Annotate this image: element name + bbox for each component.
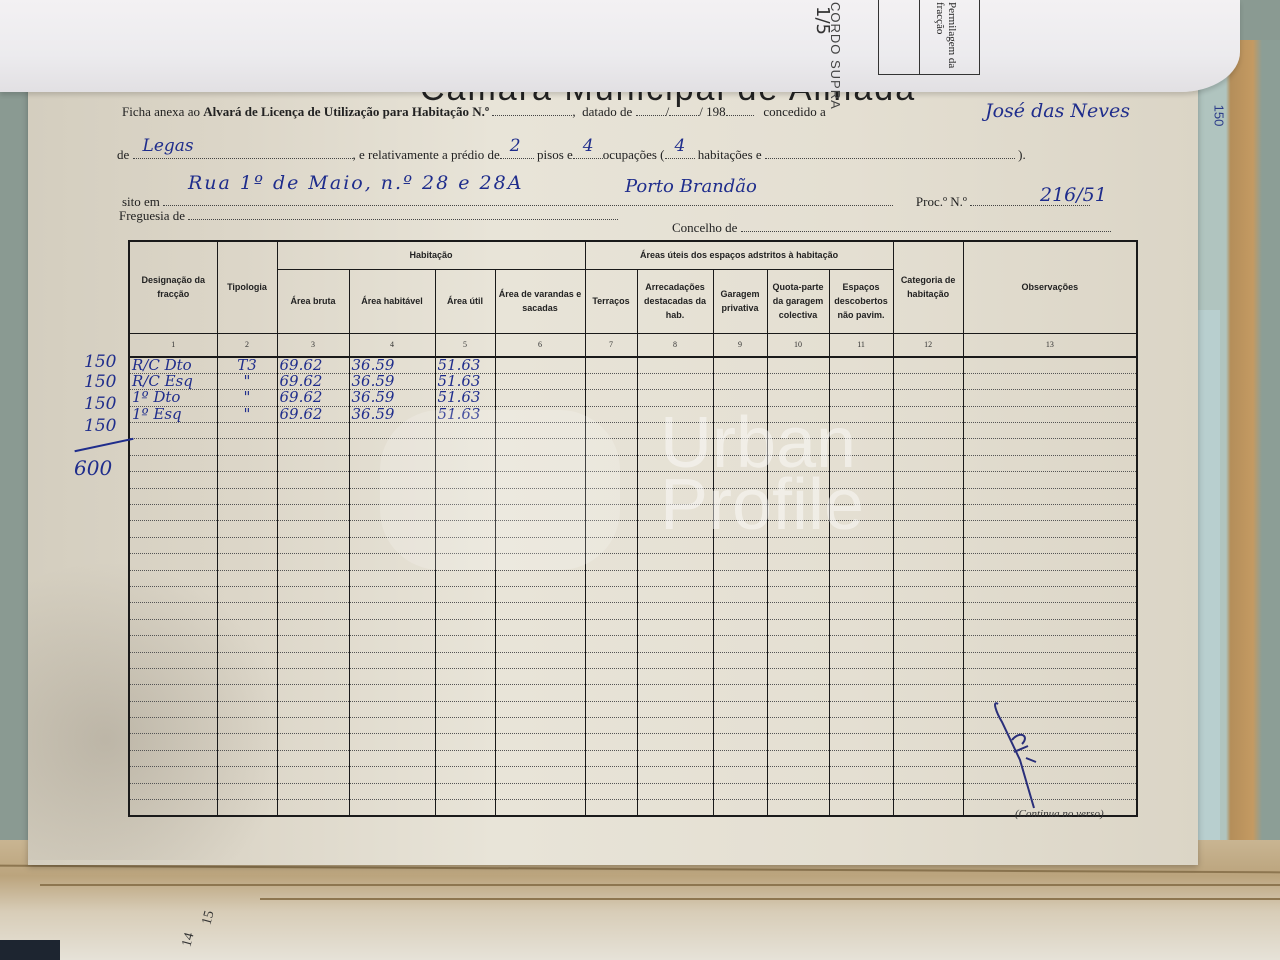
- cell-empty[interactable]: [495, 586, 585, 602]
- cell-empty[interactable]: [277, 734, 349, 750]
- cell-empty[interactable]: [829, 603, 893, 619]
- cell-empty[interactable]: [637, 767, 713, 783]
- cell-empty[interactable]: [893, 701, 963, 717]
- cell-empty[interactable]: [435, 472, 495, 488]
- cell-empty[interactable]: [767, 718, 829, 734]
- dwellings-field[interactable]: 4: [665, 148, 695, 159]
- cell-empty[interactable]: [767, 472, 829, 488]
- cell-empty[interactable]: [585, 570, 637, 586]
- cell-empty[interactable]: [637, 521, 713, 537]
- cell-empty[interactable]: [829, 652, 893, 668]
- cell-empty[interactable]: [713, 718, 767, 734]
- cell-empty[interactable]: [713, 390, 767, 406]
- cell-empty[interactable]: [349, 423, 435, 439]
- cell-empty[interactable]: [495, 718, 585, 734]
- cell-empty[interactable]: [129, 734, 217, 750]
- cell-empty[interactable]: [963, 537, 1137, 553]
- cell-empty[interactable]: [585, 390, 637, 406]
- cell-empty[interactable]: [767, 652, 829, 668]
- cell-empty[interactable]: [585, 734, 637, 750]
- cell-empty[interactable]: [495, 603, 585, 619]
- cell-empty[interactable]: [495, 373, 585, 389]
- cell-empty[interactable]: [129, 537, 217, 553]
- cell-empty[interactable]: [893, 718, 963, 734]
- cell-empty[interactable]: [637, 472, 713, 488]
- cell-empty[interactable]: [637, 734, 713, 750]
- granted-to-field[interactable]: José das Neves: [985, 100, 1130, 122]
- cell-area-util[interactable]: 51.63: [435, 373, 495, 389]
- cell-empty[interactable]: [585, 636, 637, 652]
- cell-area-habitavel[interactable]: 36.59: [349, 390, 435, 406]
- cell-empty[interactable]: [767, 554, 829, 570]
- cell-empty[interactable]: [713, 603, 767, 619]
- cell-empty[interactable]: [585, 406, 637, 422]
- cell-empty[interactable]: [963, 570, 1137, 586]
- cell-empty[interactable]: [435, 668, 495, 684]
- cell-empty[interactable]: [963, 472, 1137, 488]
- cell-empty[interactable]: [767, 537, 829, 553]
- cell-empty[interactable]: [963, 505, 1137, 521]
- cell-empty[interactable]: [893, 750, 963, 766]
- cell-empty[interactable]: [129, 505, 217, 521]
- cell-fraccao[interactable]: R/C Dto: [129, 357, 217, 374]
- cell-empty[interactable]: [349, 750, 435, 766]
- cell-empty[interactable]: [277, 652, 349, 668]
- cell-empty[interactable]: [829, 701, 893, 717]
- cell-empty[interactable]: [277, 668, 349, 684]
- cell-empty[interactable]: [713, 701, 767, 717]
- cell-empty[interactable]: [829, 783, 893, 799]
- cell-empty[interactable]: [767, 570, 829, 586]
- cell-empty[interactable]: [585, 750, 637, 766]
- cell-empty[interactable]: [963, 652, 1137, 668]
- cell-empty[interactable]: [129, 767, 217, 783]
- cell-empty[interactable]: [963, 423, 1137, 439]
- cell-empty[interactable]: [829, 423, 893, 439]
- cell-empty[interactable]: [129, 455, 217, 471]
- cell-empty[interactable]: [435, 423, 495, 439]
- cell-empty[interactable]: [349, 685, 435, 701]
- cell-area-util[interactable]: 51.63: [435, 390, 495, 406]
- cell-empty[interactable]: [637, 718, 713, 734]
- occupations-field[interactable]: 4: [573, 148, 603, 159]
- cell-empty[interactable]: [277, 586, 349, 602]
- cell-empty[interactable]: [893, 406, 963, 422]
- cell-empty[interactable]: [495, 783, 585, 799]
- cell-empty[interactable]: [129, 570, 217, 586]
- cell-empty[interactable]: [217, 652, 277, 668]
- cell-empty[interactable]: [893, 603, 963, 619]
- cell-empty[interactable]: [277, 718, 349, 734]
- cell-empty[interactable]: [349, 652, 435, 668]
- cell-empty[interactable]: [129, 472, 217, 488]
- cell-empty[interactable]: [435, 783, 495, 799]
- cell-empty[interactable]: [129, 668, 217, 684]
- cell-empty[interactable]: [495, 357, 585, 374]
- cell-empty[interactable]: [217, 619, 277, 635]
- address-field[interactable]: [163, 195, 893, 206]
- cell-tipologia[interactable]: T3: [217, 357, 277, 374]
- cell-empty[interactable]: [129, 783, 217, 799]
- cell-empty[interactable]: [217, 750, 277, 766]
- cell-empty[interactable]: [277, 423, 349, 439]
- cell-empty[interactable]: [217, 767, 277, 783]
- cell-empty[interactable]: [893, 783, 963, 799]
- cell-empty[interactable]: [495, 505, 585, 521]
- cell-empty[interactable]: [637, 603, 713, 619]
- de-field[interactable]: Legas: [133, 148, 353, 159]
- cell-empty[interactable]: [217, 488, 277, 504]
- cell-empty[interactable]: [713, 357, 767, 374]
- cell-empty[interactable]: [495, 439, 585, 455]
- cell-empty[interactable]: [713, 586, 767, 602]
- cell-empty[interactable]: [129, 701, 217, 717]
- cell-empty[interactable]: [767, 685, 829, 701]
- cell-empty[interactable]: [637, 783, 713, 799]
- cell-empty[interactable]: [217, 554, 277, 570]
- cell-empty[interactable]: [829, 472, 893, 488]
- cell-empty[interactable]: [637, 554, 713, 570]
- cell-empty[interactable]: [713, 455, 767, 471]
- cell-empty[interactable]: [277, 554, 349, 570]
- cell-empty[interactable]: [637, 488, 713, 504]
- cell-empty[interactable]: [349, 570, 435, 586]
- cell-empty[interactable]: [129, 718, 217, 734]
- cell-empty[interactable]: [495, 554, 585, 570]
- cell-empty[interactable]: [435, 570, 495, 586]
- cell-empty[interactable]: [713, 734, 767, 750]
- cell-empty[interactable]: [495, 767, 585, 783]
- cell-empty[interactable]: [435, 652, 495, 668]
- cell-empty[interactable]: [963, 521, 1137, 537]
- cell-empty[interactable]: [495, 750, 585, 766]
- cell-empty[interactable]: [349, 472, 435, 488]
- cell-empty[interactable]: [277, 685, 349, 701]
- cell-empty[interactable]: [217, 586, 277, 602]
- cell-empty[interactable]: [637, 586, 713, 602]
- cell-empty[interactable]: [129, 619, 217, 635]
- cell-empty[interactable]: [277, 537, 349, 553]
- cell-empty[interactable]: [217, 668, 277, 684]
- cell-empty[interactable]: [713, 783, 767, 799]
- cell-empty[interactable]: [277, 472, 349, 488]
- cell-empty[interactable]: [129, 685, 217, 701]
- cell-empty[interactable]: [893, 423, 963, 439]
- cell-empty[interactable]: [767, 586, 829, 602]
- cell-empty[interactable]: [637, 750, 713, 766]
- cell-empty[interactable]: [829, 636, 893, 652]
- cell-empty[interactable]: [829, 373, 893, 389]
- cell-empty[interactable]: [767, 636, 829, 652]
- cell-empty[interactable]: [435, 537, 495, 553]
- cell-empty[interactable]: [893, 652, 963, 668]
- cell-area-habitavel[interactable]: 36.59: [349, 357, 435, 374]
- cell-empty[interactable]: [963, 406, 1137, 422]
- cell-empty[interactable]: [349, 537, 435, 553]
- cell-empty[interactable]: [713, 373, 767, 389]
- cell-empty[interactable]: [829, 537, 893, 553]
- cell-area-util[interactable]: 51.63: [435, 357, 495, 374]
- cell-empty[interactable]: [349, 734, 435, 750]
- cell-empty[interactable]: [713, 488, 767, 504]
- cell-empty[interactable]: [767, 603, 829, 619]
- cell-empty[interactable]: [713, 750, 767, 766]
- cell-empty[interactable]: [217, 800, 277, 817]
- cell-empty[interactable]: [637, 636, 713, 652]
- cell-empty[interactable]: [637, 439, 713, 455]
- cell-empty[interactable]: [277, 505, 349, 521]
- cell-empty[interactable]: [217, 472, 277, 488]
- cell-empty[interactable]: [217, 685, 277, 701]
- cell-empty[interactable]: [713, 767, 767, 783]
- cell-empty[interactable]: [495, 636, 585, 652]
- cell-empty[interactable]: [963, 636, 1137, 652]
- cell-empty[interactable]: [585, 718, 637, 734]
- cell-empty[interactable]: [829, 734, 893, 750]
- cell-empty[interactable]: [713, 472, 767, 488]
- cell-empty[interactable]: [893, 554, 963, 570]
- cell-empty[interactable]: [893, 488, 963, 504]
- cell-empty[interactable]: [637, 685, 713, 701]
- cell-empty[interactable]: [435, 505, 495, 521]
- cell-empty[interactable]: [435, 586, 495, 602]
- cell-area-habitavel[interactable]: 36.59: [349, 373, 435, 389]
- cell-empty[interactable]: [129, 521, 217, 537]
- cell-empty[interactable]: [767, 701, 829, 717]
- cell-empty[interactable]: [129, 423, 217, 439]
- cell-empty[interactable]: [637, 423, 713, 439]
- cell-empty[interactable]: [349, 800, 435, 817]
- cell-empty[interactable]: [893, 668, 963, 684]
- cell-empty[interactable]: [585, 767, 637, 783]
- cell-empty[interactable]: [893, 537, 963, 553]
- cell-empty[interactable]: [217, 423, 277, 439]
- cell-empty[interactable]: [435, 767, 495, 783]
- cell-empty[interactable]: [585, 652, 637, 668]
- cell-empty[interactable]: [349, 668, 435, 684]
- cell-empty[interactable]: [435, 734, 495, 750]
- cell-empty[interactable]: [829, 554, 893, 570]
- cell-empty[interactable]: [435, 521, 495, 537]
- cell-empty[interactable]: [349, 718, 435, 734]
- cell-empty[interactable]: [829, 668, 893, 684]
- cell-empty[interactable]: [349, 439, 435, 455]
- cell-empty[interactable]: [495, 652, 585, 668]
- cell-empty[interactable]: [893, 472, 963, 488]
- cell-empty[interactable]: [585, 537, 637, 553]
- cell-empty[interactable]: [277, 750, 349, 766]
- cell-empty[interactable]: [349, 767, 435, 783]
- cell-empty[interactable]: [129, 750, 217, 766]
- cell-empty[interactable]: [713, 619, 767, 635]
- cell-empty[interactable]: [637, 537, 713, 553]
- cell-fraccao[interactable]: 1º Dto: [129, 390, 217, 406]
- cell-empty[interactable]: [829, 570, 893, 586]
- cell-empty[interactable]: [963, 488, 1137, 504]
- cell-empty[interactable]: [495, 685, 585, 701]
- floors-field[interactable]: 2: [500, 148, 534, 159]
- cell-empty[interactable]: [217, 718, 277, 734]
- cell-empty[interactable]: [349, 521, 435, 537]
- cell-empty[interactable]: [767, 767, 829, 783]
- cell-empty[interactable]: [637, 505, 713, 521]
- cell-empty[interactable]: [217, 455, 277, 471]
- cell-empty[interactable]: [767, 406, 829, 422]
- cell-empty[interactable]: [713, 636, 767, 652]
- cell-empty[interactable]: [963, 554, 1137, 570]
- cell-empty[interactable]: [585, 783, 637, 799]
- cell-empty[interactable]: [349, 488, 435, 504]
- cell-empty[interactable]: [349, 505, 435, 521]
- cell-empty[interactable]: [277, 619, 349, 635]
- cell-empty[interactable]: [217, 783, 277, 799]
- cell-empty[interactable]: [637, 570, 713, 586]
- cell-empty[interactable]: [767, 750, 829, 766]
- cell-empty[interactable]: [767, 357, 829, 374]
- cell-empty[interactable]: [893, 373, 963, 389]
- cell-empty[interactable]: [893, 586, 963, 602]
- cell-empty[interactable]: [435, 439, 495, 455]
- cell-empty[interactable]: [585, 455, 637, 471]
- cell-area-util[interactable]: 51.63: [435, 406, 495, 422]
- cell-empty[interactable]: [637, 668, 713, 684]
- cell-empty[interactable]: [495, 537, 585, 553]
- cell-empty[interactable]: [767, 423, 829, 439]
- cell-empty[interactable]: [217, 701, 277, 717]
- cell-empty[interactable]: [217, 537, 277, 553]
- cell-empty[interactable]: [495, 619, 585, 635]
- cell-empty[interactable]: [767, 373, 829, 389]
- cell-empty[interactable]: [585, 586, 637, 602]
- cell-empty[interactable]: [829, 357, 893, 374]
- cell-empty[interactable]: [893, 800, 963, 817]
- cell-empty[interactable]: [963, 685, 1137, 701]
- cell-empty[interactable]: [767, 619, 829, 635]
- cell-empty[interactable]: [893, 734, 963, 750]
- cell-empty[interactable]: [713, 652, 767, 668]
- cell-empty[interactable]: [495, 800, 585, 817]
- cell-empty[interactable]: [349, 554, 435, 570]
- cell-area-bruta[interactable]: 69.62: [277, 373, 349, 389]
- cell-empty[interactable]: [435, 455, 495, 471]
- cell-empty[interactable]: [767, 783, 829, 799]
- cell-empty[interactable]: [637, 701, 713, 717]
- cell-empty[interactable]: [829, 750, 893, 766]
- cell-empty[interactable]: [585, 603, 637, 619]
- cell-empty[interactable]: [893, 685, 963, 701]
- cell-empty[interactable]: [767, 505, 829, 521]
- cell-empty[interactable]: [435, 800, 495, 817]
- cell-area-bruta[interactable]: 69.62: [277, 357, 349, 374]
- cell-empty[interactable]: [495, 406, 585, 422]
- cell-empty[interactable]: [585, 357, 637, 374]
- cell-empty[interactable]: [829, 488, 893, 504]
- cell-empty[interactable]: [893, 767, 963, 783]
- cell-empty[interactable]: [637, 390, 713, 406]
- cell-empty[interactable]: [963, 357, 1137, 374]
- cell-empty[interactable]: [585, 505, 637, 521]
- cell-empty[interactable]: [893, 619, 963, 635]
- cell-empty[interactable]: [713, 668, 767, 684]
- cell-empty[interactable]: [217, 570, 277, 586]
- cell-empty[interactable]: [129, 636, 217, 652]
- cell-empty[interactable]: [963, 455, 1137, 471]
- cell-empty[interactable]: [637, 652, 713, 668]
- cell-empty[interactable]: [495, 701, 585, 717]
- cell-empty[interactable]: [829, 767, 893, 783]
- cell-empty[interactable]: [713, 685, 767, 701]
- cell-empty[interactable]: [637, 373, 713, 389]
- cell-empty[interactable]: [637, 619, 713, 635]
- cell-empty[interactable]: [435, 718, 495, 734]
- cell-empty[interactable]: [495, 488, 585, 504]
- cell-empty[interactable]: [129, 554, 217, 570]
- cell-empty[interactable]: [963, 603, 1137, 619]
- cell-empty[interactable]: [893, 439, 963, 455]
- cell-empty[interactable]: [349, 701, 435, 717]
- cell-empty[interactable]: [349, 455, 435, 471]
- cell-tipologia[interactable]: ": [217, 406, 277, 422]
- cell-empty[interactable]: [349, 586, 435, 602]
- cell-empty[interactable]: [767, 439, 829, 455]
- cell-empty[interactable]: [767, 734, 829, 750]
- cell-empty[interactable]: [277, 521, 349, 537]
- cell-tipologia[interactable]: ": [217, 390, 277, 406]
- cell-empty[interactable]: [713, 505, 767, 521]
- cell-empty[interactable]: [637, 357, 713, 374]
- concelho-field[interactable]: [741, 221, 1111, 232]
- cell-empty[interactable]: [349, 619, 435, 635]
- cell-empty[interactable]: [637, 406, 713, 422]
- cell-empty[interactable]: [349, 636, 435, 652]
- cell-empty[interactable]: [829, 586, 893, 602]
- cell-empty[interactable]: [277, 488, 349, 504]
- cell-empty[interactable]: [829, 521, 893, 537]
- cell-empty[interactable]: [585, 619, 637, 635]
- cell-empty[interactable]: [495, 390, 585, 406]
- cell-empty[interactable]: [277, 767, 349, 783]
- cell-empty[interactable]: [217, 505, 277, 521]
- cell-empty[interactable]: [277, 800, 349, 817]
- cell-empty[interactable]: [349, 603, 435, 619]
- cell-empty[interactable]: [129, 800, 217, 817]
- cell-empty[interactable]: [713, 570, 767, 586]
- cell-empty[interactable]: [585, 554, 637, 570]
- cell-empty[interactable]: [713, 800, 767, 817]
- cell-area-bruta[interactable]: 69.62: [277, 390, 349, 406]
- cell-empty[interactable]: [767, 521, 829, 537]
- cell-empty[interactable]: [495, 734, 585, 750]
- cell-empty[interactable]: [963, 668, 1137, 684]
- cell-empty[interactable]: [585, 373, 637, 389]
- cell-empty[interactable]: [435, 488, 495, 504]
- cell-empty[interactable]: [963, 586, 1137, 602]
- cell-empty[interactable]: [713, 554, 767, 570]
- cell-empty[interactable]: [893, 505, 963, 521]
- cell-empty[interactable]: [963, 619, 1137, 635]
- cell-empty[interactable]: [129, 488, 217, 504]
- cell-empty[interactable]: [585, 472, 637, 488]
- cell-empty[interactable]: [713, 439, 767, 455]
- cell-empty[interactable]: [277, 636, 349, 652]
- cell-empty[interactable]: [129, 439, 217, 455]
- cell-empty[interactable]: [435, 701, 495, 717]
- cell-empty[interactable]: [217, 636, 277, 652]
- cell-empty[interactable]: [829, 718, 893, 734]
- cell-empty[interactable]: [893, 636, 963, 652]
- cell-empty[interactable]: [829, 455, 893, 471]
- cell-fraccao[interactable]: R/C Esq: [129, 373, 217, 389]
